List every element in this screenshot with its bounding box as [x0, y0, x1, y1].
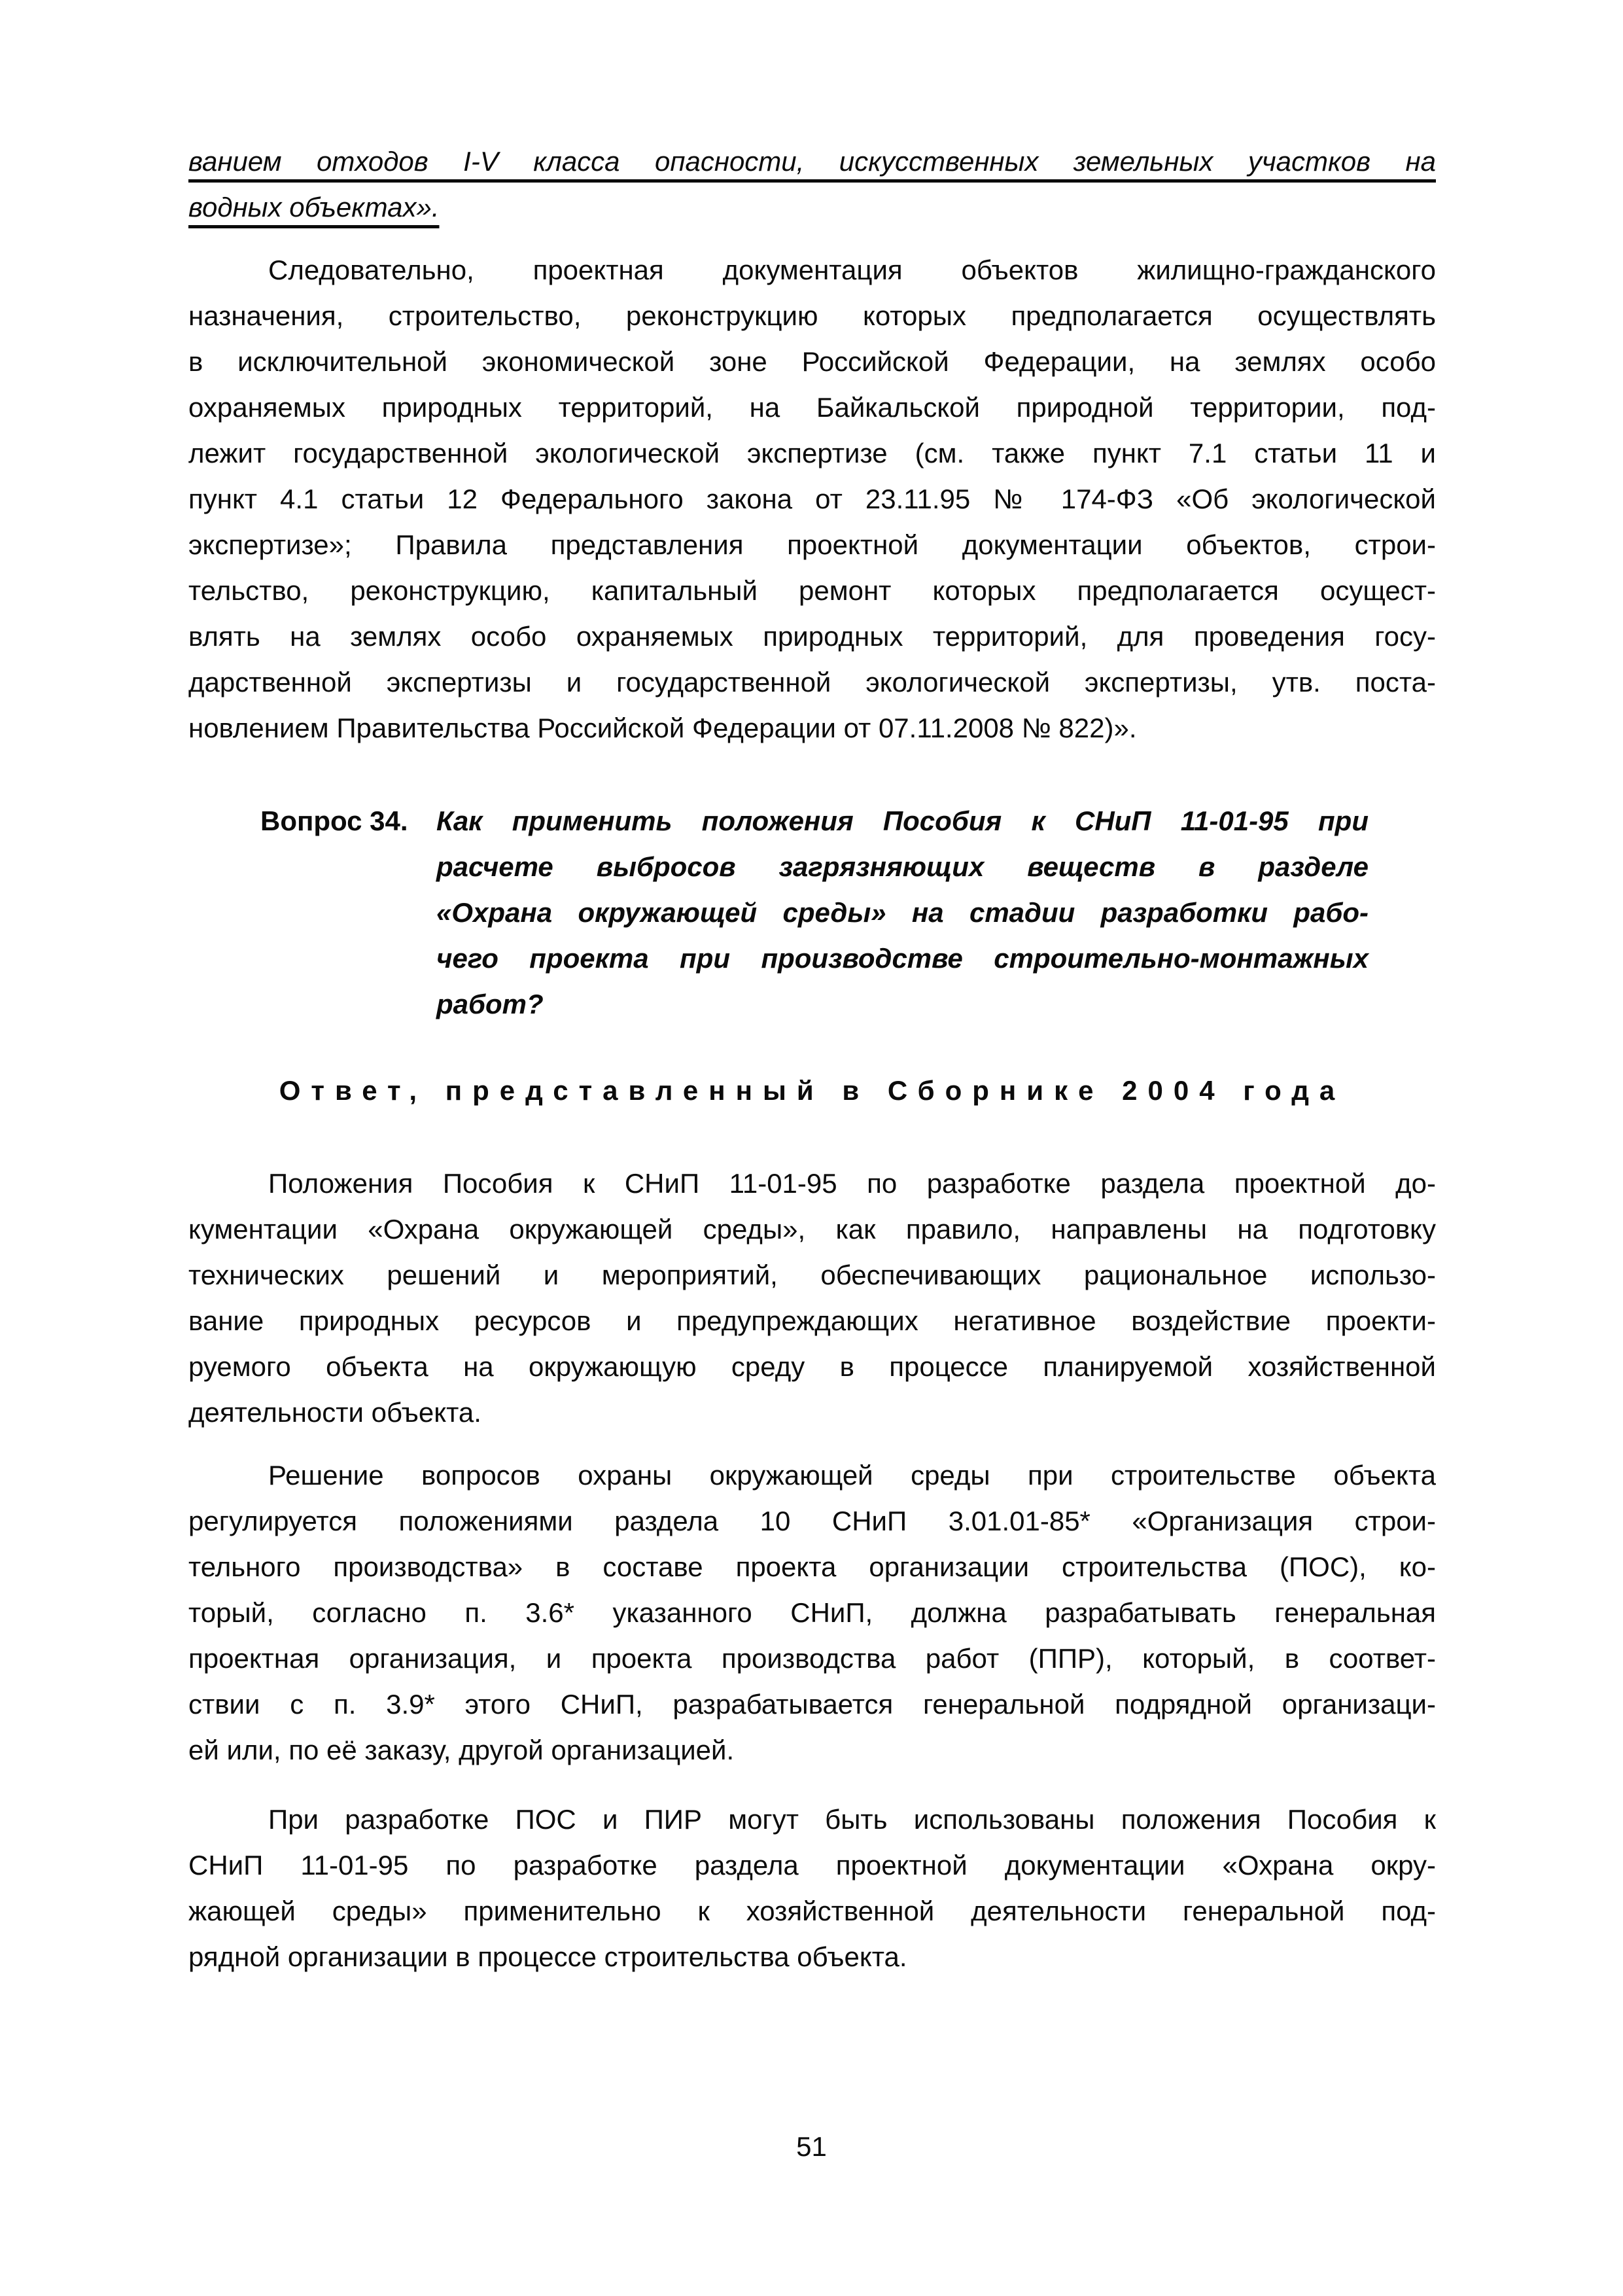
- text-line: СНиП 11-01-95 по разработке раздела прое…: [188, 1843, 1436, 1888]
- text-line: работ?: [436, 981, 1369, 1027]
- text-line: «Охрана окружающей среды» на стадии разр…: [436, 890, 1369, 936]
- text-line: ей или, по её заказу, другой организацие…: [188, 1727, 1436, 1773]
- text-line: кументации «Охрана окружающей среды», ка…: [188, 1207, 1436, 1252]
- text-line: деятельности объекта.: [188, 1390, 1436, 1436]
- text-line: охраняемых природных территорий, на Байк…: [188, 385, 1436, 431]
- answer-heading: Ответ, представленный в Сборнике 2004 го…: [188, 1068, 1436, 1114]
- text-line: проектная организация, и проекта произво…: [188, 1636, 1436, 1682]
- text-line: торый, согласно п. 3.6* указанного СНиП,…: [188, 1590, 1436, 1636]
- text-line: ванием отходов I-V класса опасности, иск…: [188, 139, 1436, 185]
- text-line: расчете выбросов загрязняющих веществ в …: [436, 844, 1369, 890]
- page-content: ванием отходов I-V класса опасности, иск…: [188, 139, 1436, 1980]
- quoted-law-text-continuation: ванием отходов I-V класса опасности, иск…: [188, 139, 1436, 230]
- text-line: водных объектах».: [188, 185, 1436, 230]
- text-line: вание природных ресурсов и предупреждающ…: [188, 1298, 1436, 1344]
- question-label: Вопрос 34.: [260, 798, 436, 1027]
- text-line: Положения Пособия к СНиП 11-01-95 по раз…: [188, 1161, 1436, 1207]
- text-line: дарственной экспертизы и государственной…: [188, 660, 1436, 705]
- text-line: регулируется положениями раздела 10 СНиП…: [188, 1498, 1436, 1544]
- paragraph-posobie-provisions: Положения Пособия к СНиП 11-01-95 по раз…: [188, 1161, 1436, 1436]
- question-text: Как применить положения Пособия к СНиП 1…: [436, 798, 1369, 1027]
- text-line: Следовательно, проектная документация об…: [188, 247, 1436, 293]
- text-line: в исключительной экономической зоне Росс…: [188, 339, 1436, 385]
- text-line: Как применить положения Пособия к СНиП 1…: [436, 798, 1369, 844]
- text-line: технических решений и мероприятий, обесп…: [188, 1252, 1436, 1298]
- text-line: назначения, строительство, реконструкцию…: [188, 293, 1436, 339]
- text-line: влять на землях особо охраняемых природн…: [188, 614, 1436, 660]
- text-line: жающей среды» применительно к хозяйствен…: [188, 1888, 1436, 1934]
- text-line: лежит государственной экологической эксп…: [188, 431, 1436, 476]
- text-line: рядной организации в процессе строительс…: [188, 1934, 1436, 1980]
- text-line: чего проекта при производстве строительн…: [436, 936, 1369, 981]
- paragraph-snip-30101: Решение вопросов охраны окружающей среды…: [188, 1453, 1436, 1773]
- text-line: При разработке ПОС и ПИР могут быть испо…: [188, 1797, 1436, 1843]
- text-line: тельного производства» в составе проекта…: [188, 1544, 1436, 1590]
- text-line: ствии с п. 3.9* этого СНиП, разрабатывае…: [188, 1682, 1436, 1727]
- question-34: Вопрос 34.Как применить положения Пособи…: [188, 798, 1436, 1027]
- paragraph-pos-pir: При разработке ПОС и ПИР могут быть испо…: [188, 1797, 1436, 1980]
- text-line: руемого объекта на окружающую среду в пр…: [188, 1344, 1436, 1390]
- text-line: тельство, реконструкцию, капитальный рем…: [188, 568, 1436, 614]
- text-line: пункт 4.1 статьи 12 Федерального закона …: [188, 476, 1436, 522]
- text-line: Решение вопросов охраны окружающей среды…: [188, 1453, 1436, 1498]
- text-line: новлением Правительства Российской Федер…: [188, 705, 1436, 751]
- page-number: 51: [0, 2124, 1623, 2170]
- text-line: экспертизе»; Правила представления проек…: [188, 522, 1436, 568]
- document-page: ванием отходов I-V класса опасности, иск…: [0, 0, 1623, 2296]
- paragraph-ecological-expertise: Следовательно, проектная документация об…: [188, 247, 1436, 751]
